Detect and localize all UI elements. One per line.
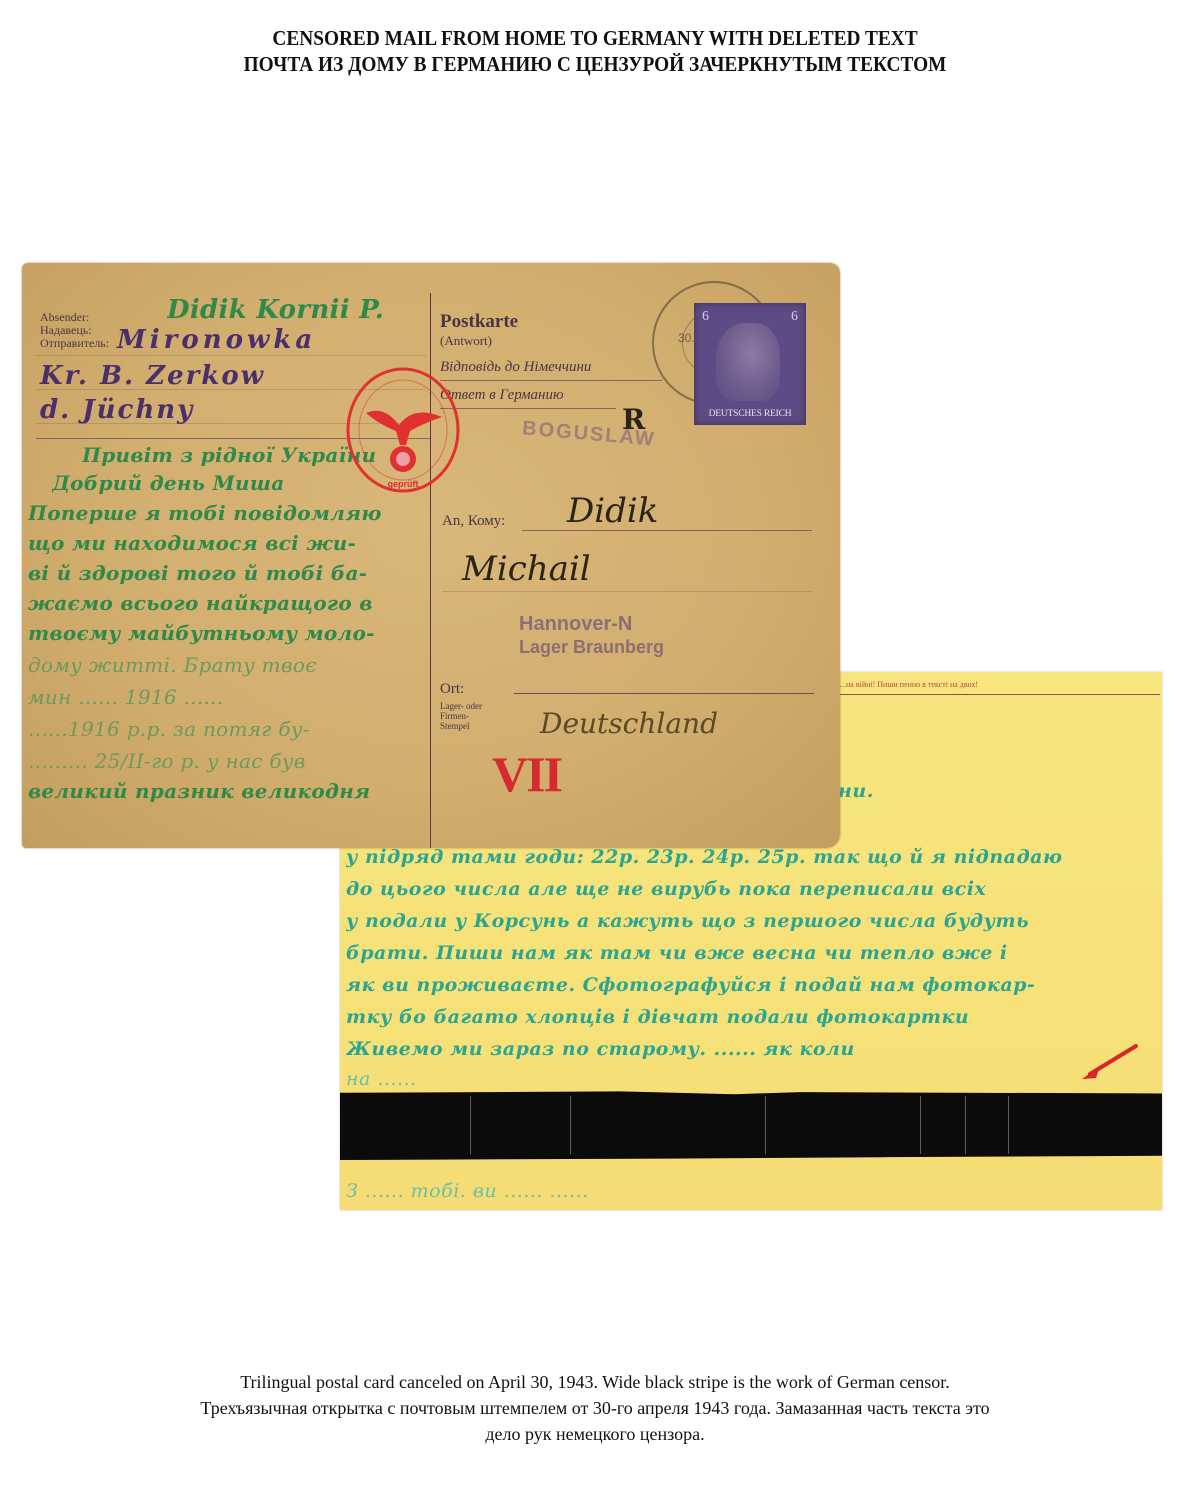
message-line: ві й здорові того й тобі ба-	[28, 561, 428, 585]
censor-seal-eagle-icon: geprüft	[344, 365, 462, 495]
place-value: Deutschland	[540, 707, 718, 740]
caption-russian-1: Трехъязычная открытка с почтовым штемпел…	[0, 1398, 1190, 1419]
camp-stamp-lager: Lager Braunberg	[519, 637, 664, 658]
place-label: Ort:	[440, 681, 464, 698]
back-line: у підряд тами годи: 22р. 23р. 24р. 25р. …	[346, 846, 1152, 874]
back-line: Живемо ми зараз по старому. ...... як ко…	[346, 1038, 1152, 1066]
message-line: ......1916 р.р. за потяг бу-	[28, 717, 428, 741]
message-line: жаємо всього найкращого в	[28, 591, 428, 615]
back-header-print: ...на війні! Пиши пенно в тексті на двох…	[840, 680, 1160, 695]
message-line: Поперше я тобі повідомляю	[28, 501, 428, 525]
stamp-value-left: 6	[702, 309, 709, 325]
sender-name: Didik Kornii P.	[167, 295, 384, 325]
place-sublabel-line: Firmen-	[440, 711, 482, 721]
back-line: на ......	[346, 1068, 1152, 1096]
caption-russian-2: дело рук немецкого цензора.	[0, 1424, 1190, 1445]
camp-stamp-city: Hannover-N	[519, 613, 632, 636]
stamp-portrait-icon	[716, 323, 780, 401]
stamp-value-right: 6	[791, 309, 798, 325]
page-title-russian: ПОЧТА ИЗ ДОМУ В ГЕРМАНИЮ С ЦЕНЗУРОЙ ЗАЧЕ…	[48, 52, 1143, 77]
sender-address-line: d. Jüchny	[40, 395, 194, 425]
back-line: як ви проживаєте. Сфотографуйся і подай …	[346, 974, 1152, 1002]
stamp-inscription: DEUTSCHES REICH	[694, 409, 806, 419]
place-sublabel-line: Lager- oder	[440, 701, 482, 711]
reply-ukrainian: Відповідь до Німеччини	[440, 359, 591, 376]
postcard-front: Absender: Надавець: Отправитель: Didik K…	[22, 263, 840, 848]
back-line: до цього числа але ще не вирубь пока пер…	[346, 878, 1152, 906]
message-line: дому житті. Брату твоє	[28, 653, 428, 677]
sender-address-line: Kr. B. Zerkow	[40, 361, 265, 391]
card-subtype: (Antwort)	[440, 333, 492, 349]
caption-english: Trilingual postal card canceled on April…	[0, 1372, 1190, 1393]
red-arrow-icon	[1080, 1042, 1140, 1082]
place-sublabel: Lager- oder Firmen- Stempel	[440, 701, 482, 731]
page-title-english: CENSORED MAIL FROM HOME TO GERMANY WITH …	[48, 26, 1143, 51]
recipient-surname: Didik	[567, 491, 658, 531]
message-line: мин ...... 1916 ......	[28, 685, 428, 709]
postmark-date: 30.	[678, 331, 695, 345]
back-line: З ...... тобі. ви ...... ......	[346, 1180, 1152, 1208]
sender-labels: Absender: Надавець: Отправитель:	[40, 311, 109, 350]
message-line: що ми находимося всі жи-	[28, 531, 428, 555]
recipient-name: Michail	[462, 549, 591, 589]
back-line: тку бо багато хлопців і дівчат подали фо…	[346, 1006, 1152, 1034]
sender-address-line: Mironowka	[117, 325, 316, 355]
message-line: великий празник великодня	[28, 779, 428, 803]
message-line: твоєму майбутньому моло-	[28, 621, 428, 645]
back-line: у подали у Корсунь а кажуть що з першого…	[346, 910, 1152, 938]
postage-stamp: 6 6 DEUTSCHES REICH	[694, 303, 806, 425]
place-sublabel-line: Stempel	[440, 721, 482, 731]
recipient-label: An, Кому:	[442, 513, 505, 530]
message-line: ......... 25/II-го р. у нас був	[28, 749, 428, 773]
back-line: брати. Пиши нам як там чи вже весна чи т…	[346, 942, 1152, 970]
sender-label-ru: Отправитель:	[40, 337, 109, 350]
censor-black-stripe	[340, 1090, 1162, 1160]
card-type-title: Postkarte	[440, 311, 518, 333]
censor-number: VII	[492, 745, 561, 803]
svg-text:geprüft: geprüft	[388, 479, 419, 489]
